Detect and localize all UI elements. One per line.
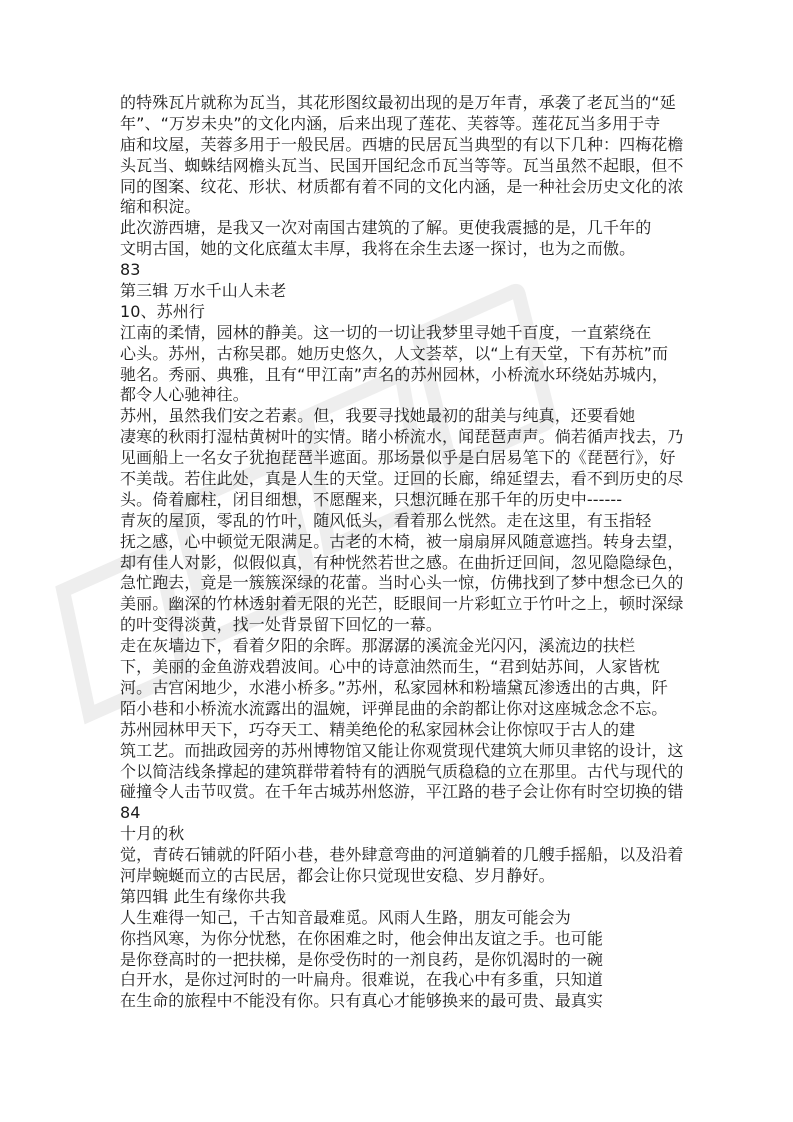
text-line: 头瓦当、蜘蛛结网檐头瓦当、民国开国纪念币瓦当等等。瓦当虽然不起眼，但不 <box>120 156 690 177</box>
text-line: 此次游西塘，是我又一次对南国古建筑的了解。更使我震撼的是，几千年的 <box>120 218 690 239</box>
text-line: 苏州，虽然我们安之若素。但，我要寻找她最初的甜美与纯真，还要看她 <box>120 406 690 427</box>
text-line: 青灰的屋顶，零乱的竹叶，随风低头，看着那么恍然。走在这里，有玉指轻 <box>120 511 690 532</box>
text-line: 84 <box>120 803 690 824</box>
text-line: 筑工艺。而拙政园旁的苏州博物馆又能让你观赏现代建筑大师贝聿铭的设计，这 <box>120 741 690 762</box>
text-line: 凄寒的秋雨打湿枯黄树叶的实情。睹小桥流水，闻琵琶声声。倘若循声找去，乃 <box>120 427 690 448</box>
text-line: 碰撞令人击节叹赏。在千年古城苏州悠游，平江路的巷子会让你有时空切换的错 <box>120 782 690 803</box>
text-line: 10、苏州行 <box>120 302 690 323</box>
text-line: 的特殊瓦片就称为瓦当，其花形图纹最初出现的是万年青，承袭了老瓦当的“延 <box>120 93 690 114</box>
text-line: 的叶变得淡黄，找一处背景留下回忆的一幕。 <box>120 615 690 636</box>
text-line: 见画船上一名女子犹抱琵琶半遮面。那场景似乎是白居易笔下的《琵琶行》，好 <box>120 448 690 469</box>
text-line: 心头。苏州，古称吴郡。她历史悠久，人文荟萃，以“上有天堂，下有苏杭”而 <box>120 344 690 365</box>
text-line: 都令人心驰神往。 <box>120 385 690 406</box>
text-line: 十月的秋 <box>120 824 690 845</box>
text-line: 觉，青砖石铺就的阡陌小巷，巷外肆意弯曲的河道躺着的几艘手摇船，以及沿着 <box>120 845 690 866</box>
text-line: 不美哉。若住此处，真是人生的天堂。迂回的长廊，绵延望去，看不到历史的尽 <box>120 469 690 490</box>
text-line: 年”、“万岁未央”的文化内涵，后来出现了莲花、芙蓉等。莲花瓦当多用于寺 <box>120 114 690 135</box>
text-line: 在生命的旅程中不能没有你。只有真心才能够换来的最可贵、最真实 <box>120 991 690 1012</box>
text-line: 驰名。秀丽、典雅，且有“甲江南”声名的苏州园林，小桥流水环绕姑苏城内， <box>120 365 690 386</box>
text-line: 头。倚着廊柱，闭目细想，不愿醒来，只想沉睡在那千年的历史中------ <box>120 490 690 511</box>
text-line: 第三辑 万水千山人未老 <box>120 281 690 302</box>
text-line: 抚之感，心中顿觉无限满足。古老的木椅，被一扇扇屏风随意遮挡。转身去望， <box>120 532 690 553</box>
text-line: 你挡风寒，为你分忧愁，在你困难之时，他会伸出友谊之手。也可能 <box>120 929 690 950</box>
text-line: 急忙跑去，竟是一簇簇深绿的花蕾。当时心头一惊，仿佛找到了梦中想念已久的 <box>120 573 690 594</box>
text-line: 江南的柔情，园林的静美。这一切的一切让我梦里寻她千百度，一直萦绕在 <box>120 323 690 344</box>
text-line: 人生难得一知己，千古知音最难觅。风雨人生路，朋友可能会为 <box>120 908 690 929</box>
text-line: 庙和坟屋，芙蓉多用于一般民居。西塘的民居瓦当典型的有以下几种：四梅花檐 <box>120 135 690 156</box>
text-line: 83 <box>120 260 690 281</box>
text-line: 陌小巷和小桥流水流露出的温婉，评弹昆曲的余韵都让你对这座城念念不忘。 <box>120 699 690 720</box>
text-line: 苏州园林甲天下，巧夺天工、精美绝伦的私家园林会让你惊叹于古人的建 <box>120 720 690 741</box>
text-line: 个以简洁线条撑起的建筑群带着特有的洒脱气质稳稳的立在那里。古代与现代的 <box>120 762 690 783</box>
document-text-block: 的特殊瓦片就称为瓦当，其花形图纹最初出现的是万年青，承袭了老瓦当的“延年”、“万… <box>120 93 690 1012</box>
text-line: 文明古国，她的文化底蕴太丰厚，我将在余生去逐一探讨，也为之而傲。 <box>120 239 690 260</box>
text-line: 河岸蜿蜒而立的古民居，都会让你只觉现世安稳、岁月静好。 <box>120 866 690 887</box>
text-line: 走在灰墙边下，看着夕阳的余晖。那潺潺的溪流金光闪闪，溪流边的扶栏 <box>120 636 690 657</box>
document-page: 的特殊瓦片就称为瓦当，其花形图纹最初出现的是万年青，承袭了老瓦当的“延年”、“万… <box>0 0 793 1122</box>
text-line: 下，美丽的金鱼游戏碧波间。心中的诗意油然而生，“君到姑苏间，人家皆枕 <box>120 657 690 678</box>
text-line: 白开水，是你过河时的一叶扁舟。很难说，在我心中有多重，只知道 <box>120 970 690 991</box>
text-line: 是你登高时的一把扶梯，是你受伤时的一剂良药，是你饥渴时的一碗 <box>120 950 690 971</box>
text-line: 河。古宫闲地少，水港小桥多。”苏州，私家园林和粉墙黛瓦渗透出的古典，阡 <box>120 678 690 699</box>
text-line: 美丽。幽深的竹林透射着无限的光芒，眨眼间一片彩虹立于竹叶之上，顿时深绿 <box>120 594 690 615</box>
text-line: 同的图案、纹花、形状、材质都有着不同的文化内涵，是一种社会历史文化的浓 <box>120 177 690 198</box>
text-line: 却有佳人对影，似假似真，有种恍然若世之感。在曲折迂回间，忽见隐隐绿色， <box>120 553 690 574</box>
text-line: 第四辑 此生有缘你共我 <box>120 887 690 908</box>
text-line: 缩和积淀。 <box>120 197 690 218</box>
